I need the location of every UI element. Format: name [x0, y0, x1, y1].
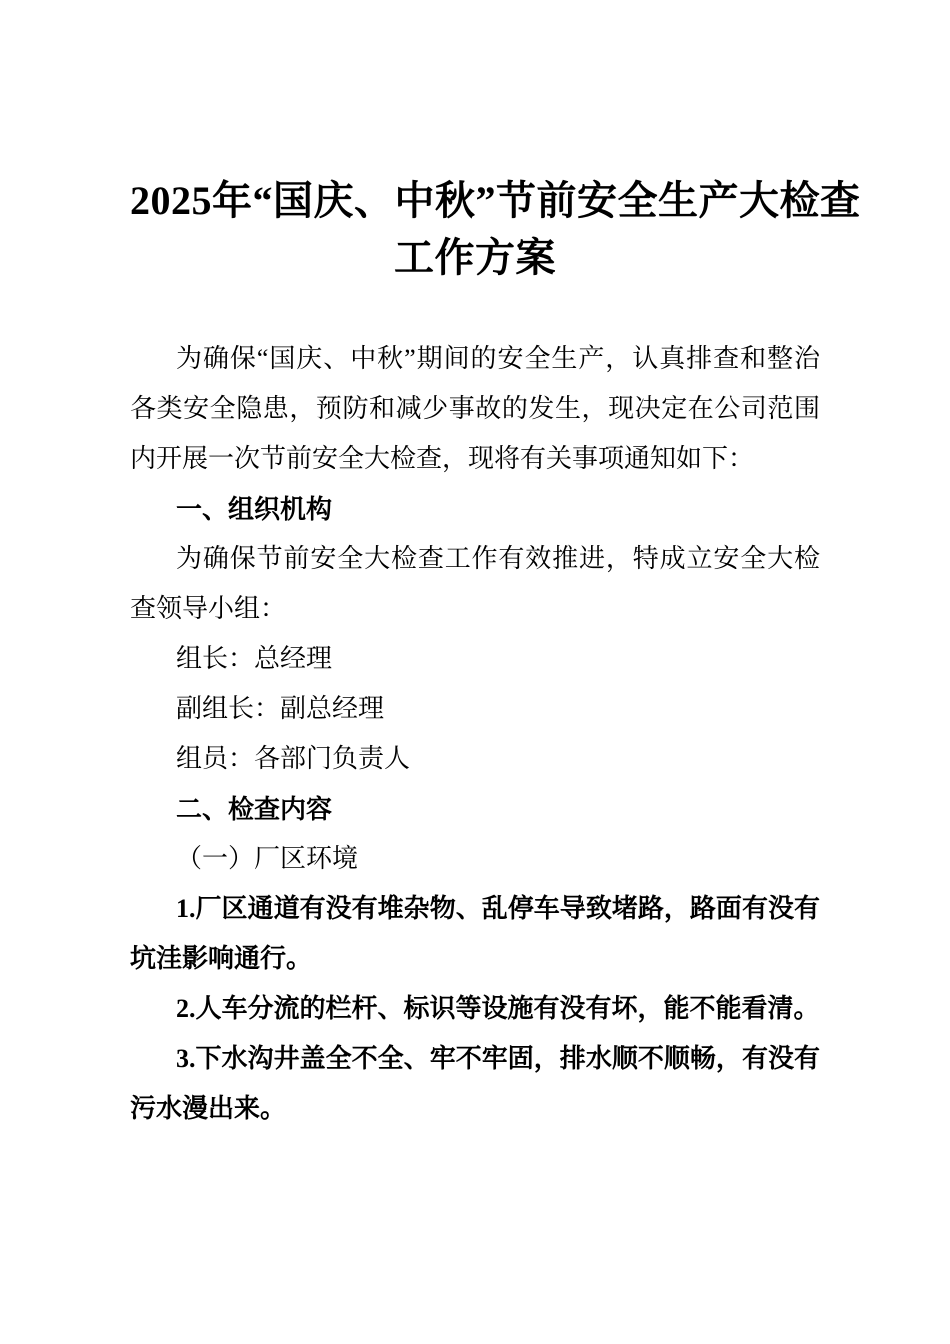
paragraph-intro: 为确保“国庆、中秋”期间的安全生产，认真排查和整治各类安全隐患，预防和减少事故的… — [130, 334, 820, 484]
document-title-line-2: 工作方案 — [130, 229, 820, 286]
line-group-members: 组员：各部门负责人 — [130, 734, 820, 784]
document-title-line-1: 2025年“国庆、中秋”节前安全生产大检查 — [130, 172, 820, 229]
paragraph-leading-group: 为确保节前安全大检查工作有效推进，特成立安全大检查领导小组： — [130, 534, 820, 634]
inspection-item-1: 1.厂区通道有没有堆杂物、乱停车导致堵路，路面有没有坑洼影响通行。 — [130, 884, 820, 984]
document-title: 2025年“国庆、中秋”节前安全生产大检查 工作方案 — [130, 172, 820, 286]
section-heading-inspection-content: 二、检查内容 — [130, 784, 820, 834]
line-deputy-group-leader: 副组长：副总经理 — [130, 684, 820, 734]
document-body: 为确保“国庆、中秋”期间的安全生产，认真排查和整治各类安全隐患，预防和减少事故的… — [130, 334, 820, 1134]
section-heading-organization: 一、组织机构 — [130, 484, 820, 534]
inspection-item-2: 2.人车分流的栏杆、标识等设施有没有坏，能不能看清。 — [130, 984, 820, 1034]
subsection-heading-factory-environment: （一）厂区环境 — [130, 834, 820, 884]
inspection-item-3: 3.下水沟井盖全不全、牢不牢固，排水顺不顺畅，有没有污水漫出来。 — [130, 1034, 820, 1134]
document-page: 2025年“国庆、中秋”节前安全生产大检查 工作方案 为确保“国庆、中秋”期间的… — [0, 0, 950, 1344]
line-group-leader: 组长：总经理 — [130, 634, 820, 684]
